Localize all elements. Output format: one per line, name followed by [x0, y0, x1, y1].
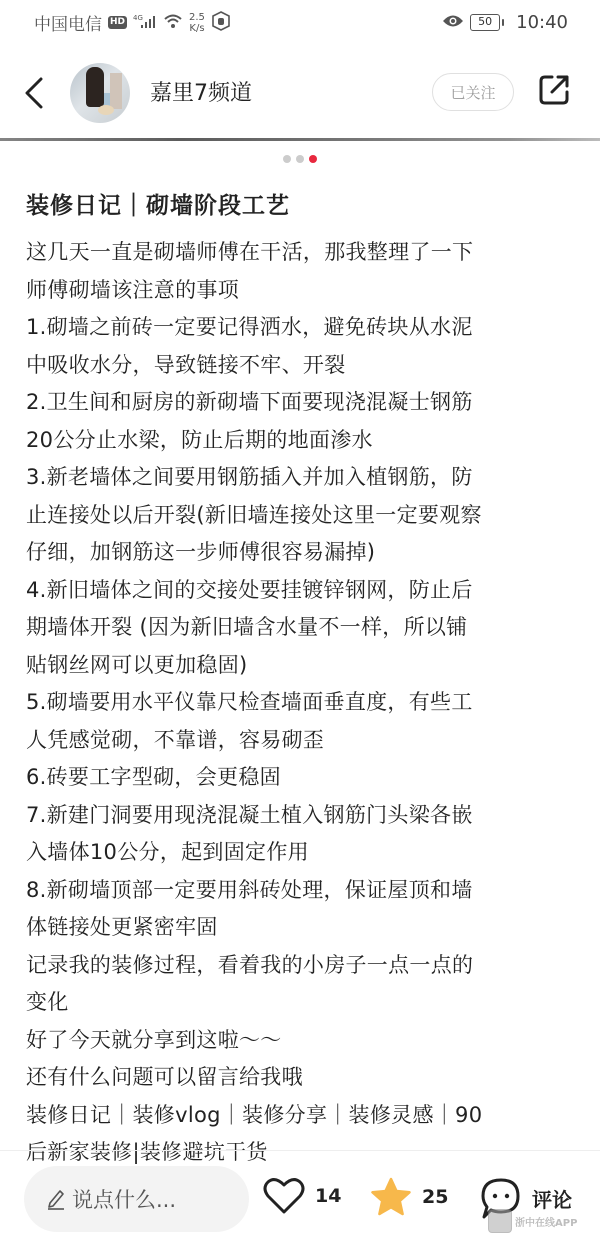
pencil-icon [46, 1188, 66, 1210]
heart-icon [263, 1177, 305, 1215]
body-line: 7.新建门洞要用现浇混凝土植入钢筋门头梁各嵌 [26, 797, 581, 835]
star-icon [370, 1177, 412, 1217]
body-line: 2.卫生间和厨房的新砌墙下面要现浇混凝士钢筋 [26, 384, 581, 422]
battery-level: 50 [478, 15, 492, 28]
watermark-logo-icon [488, 1209, 512, 1233]
post-header: 嘉里7频道 已关注 [0, 55, 600, 130]
body-line: 8.新砌墙顶部一定要用斜砖处理，保证屋顶和墙 [26, 872, 581, 910]
body-line: 还有什么问题可以留言给我哦 [26, 1059, 581, 1097]
body-line: 好了今天就分享到这啦～～ [26, 1022, 581, 1060]
net-speed-unit: K/s [189, 23, 205, 34]
body-line: 4.新旧墙体之间的交接处要挂镀锌钢网，防止后 [26, 572, 581, 610]
carousel-dot-active[interactable] [309, 155, 317, 163]
body-line: 6.砖要工字型砌，会更稳固 [26, 759, 581, 797]
body-line: 3.新老墙体之间要用钢筋插入并加入植钢筋，防 [26, 459, 581, 497]
post-title: 装修日记｜砌墙阶段工艺 [26, 186, 581, 226]
body-line: 记录我的装修过程，看着我的小房子一点一点的 [26, 947, 581, 985]
carousel-dot[interactable] [283, 155, 291, 163]
body-line: 师傅砌墙该注意的事项 [26, 272, 581, 310]
signal-icon: 4G [133, 13, 157, 33]
status-bar-right: 50 10:40 [442, 12, 568, 33]
body-line: 中吸收水分，导致链接不牢、开裂 [26, 347, 581, 385]
battery-indicator: 50 [470, 14, 504, 31]
body-line: 20公分止水梁，防止后期的地面渗水 [26, 422, 581, 460]
body-line: 体链接处更紧密牢固 [26, 909, 581, 947]
back-button[interactable] [20, 73, 48, 113]
comment-placeholder: 说点什么... [72, 1184, 176, 1214]
status-bar: 中国电信 HD 4G 2.5 K/s [0, 0, 600, 45]
follow-button[interactable]: 已关注 [432, 73, 514, 111]
like-count: 14 [315, 1185, 341, 1207]
wifi-icon [163, 13, 183, 33]
net-speed: 2.5 K/s [189, 12, 205, 34]
body-line: 止连接处以后开裂(新旧墙连接处这里一定要观察 [26, 497, 581, 535]
watermark: 浙中在线APP [488, 1209, 577, 1233]
watermark-text: 浙中在线APP [515, 1214, 577, 1229]
body-line: 人凭感觉砌，不靠谱，容易砌歪 [26, 722, 581, 760]
like-button[interactable]: 14 [263, 1177, 341, 1215]
post-content: 装修日记｜砌墙阶段工艺 这几天一直是砌墙师傅在干活，那我整理了一下 师傅砌墙该注… [26, 186, 581, 1172]
favorite-button[interactable]: 25 [370, 1177, 448, 1217]
body-line: 贴钢丝网可以更加稳固) [26, 647, 581, 685]
hashtag-line[interactable]: 装修日记｜装修vlog｜装修分享｜装修灵感｜90 [26, 1097, 581, 1135]
status-bar-left: 中国电信 HD 4G 2.5 K/s [34, 10, 231, 35]
chevron-left-icon [24, 77, 44, 109]
comment-input[interactable]: 说点什么... [24, 1166, 249, 1232]
body-line: 这几天一直是砌墙师傅在干活，那我整理了一下 [26, 234, 581, 272]
share-icon [536, 72, 572, 108]
carrier-name: 中国电信 [34, 10, 102, 35]
hd-badge: HD [108, 16, 127, 29]
carousel-indicator [0, 155, 600, 163]
channel-avatar[interactable] [70, 63, 130, 123]
body-line: 期墙体开裂 (因为新旧墙含水量不一样，所以铺 [26, 609, 581, 647]
net-speed-value: 2.5 [189, 12, 205, 23]
eye-icon [442, 13, 464, 32]
body-line: 仔细，加钢筋这一步师傅很容易漏掉) [26, 534, 581, 572]
hand-shield-icon [211, 11, 231, 35]
image-carousel-edge[interactable] [0, 138, 600, 141]
post-body: 这几天一直是砌墙师傅在干活，那我整理了一下 师傅砌墙该注意的事项 1.砌墙之前砖… [26, 234, 581, 1172]
clock: 10:40 [516, 12, 568, 33]
favorite-count: 25 [422, 1186, 448, 1208]
share-button[interactable] [536, 72, 572, 108]
svg-text:4G: 4G [133, 14, 143, 22]
body-line: 5.砌墙要用水平仪靠尺检查墙面垂直度，有些工 [26, 684, 581, 722]
body-line: 入墙体10公分，起到固定作用 [26, 834, 581, 872]
body-line: 变化 [26, 984, 581, 1022]
body-line: 1.砌墙之前砖一定要记得洒水，避免砖块从水泥 [26, 309, 581, 347]
channel-name[interactable]: 嘉里7频道 [150, 76, 252, 107]
bottom-action-bar: 说点什么... 14 25 评论 浙中在线APP [0, 1151, 600, 1247]
carousel-dot[interactable] [296, 155, 304, 163]
